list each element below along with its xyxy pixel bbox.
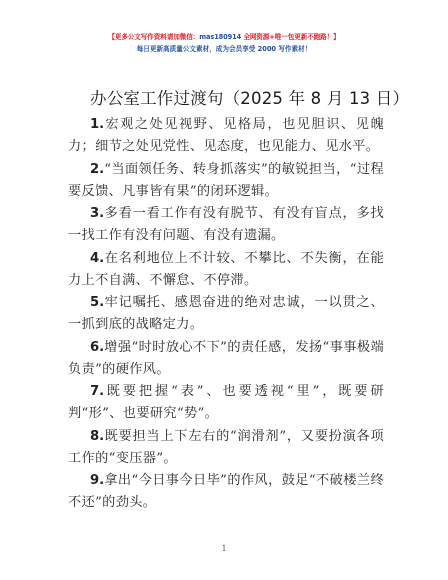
item-number: 2. — [90, 162, 104, 177]
promo-banner-wechat-id: mas180914 — [199, 33, 241, 41]
document-body: 1.宏观之处见视野、见格局，也见胆识、见魄力；细节之处见党性、见态度，也见能力、… — [68, 114, 384, 515]
promo-banner-suffix: 全网资源+唯一包更新不跑路！】 — [241, 33, 340, 41]
list-item: 4.在名利地位上不计较、不攀比、不失衡，在能力上不自满、不懈怠、不停滞。 — [68, 248, 384, 292]
item-text: 在名利地位上不计较、不攀比、不失衡，在能力上不自满、不懈怠、不停滞。 — [68, 251, 384, 288]
item-text: 既要把握“表”、也要透视“里”，既要研判“形”、也要研究“势”。 — [68, 384, 384, 421]
list-item: 5.牢记嘱托、感恩奋进的绝对忠诚，一以贯之、一抓到底的战略定力。 — [68, 292, 384, 336]
document-page: 【更多公文写作资料请加微信：mas180914 全网资源+唯一包更新不跑路！】 … — [0, 0, 448, 580]
list-item: 8.既要担当上下左右的“润滑剂”，又要扮演各项工作的“变压器”。 — [68, 426, 384, 470]
list-item: 3.多看一看工作有没有脱节、有没有盲点，多找一找工作有没有问题、有没有遗漏。 — [68, 203, 384, 247]
item-text: 拿出“今日事今日毕”的作风，鼓足“不破楼兰终不还”的劲头。 — [68, 473, 384, 510]
item-number: 8. — [90, 429, 104, 444]
promo-banner: 【更多公文写作资料请加微信：mas180914 全网资源+唯一包更新不跑路！】 … — [0, 31, 448, 55]
list-item: 1.宏观之处见视野、见格局，也见胆识、见魄力；细节之处见党性、见态度，也见能力、… — [68, 114, 384, 158]
promo-banner-prefix: 【更多公文写作资料请加微信： — [108, 33, 199, 41]
item-text: 既要担当上下左右的“润滑剂”，又要扮演各项工作的“变压器”。 — [68, 429, 384, 466]
promo-banner-line2: 每日更新高质量公文素材，成为会员享受 2000 写作素材！ — [0, 43, 448, 55]
page-number: 1 — [0, 544, 448, 553]
item-number: 5. — [90, 295, 104, 310]
item-number: 3. — [90, 206, 104, 221]
item-number: 9. — [90, 473, 104, 488]
item-number: 7. — [90, 384, 104, 399]
item-number: 4. — [90, 251, 104, 266]
promo-banner-line1: 【更多公文写作资料请加微信：mas180914 全网资源+唯一包更新不跑路！】 — [0, 31, 448, 43]
item-text: “当面领任务、转身抓落实”的敏锐担当，“过程要反馈、凡事皆有果”的闭环逻辑。 — [68, 162, 384, 199]
item-number: 6. — [90, 340, 104, 355]
list-item: 2.“当面领任务、转身抓落实”的敏锐担当，“过程要反馈、凡事皆有果”的闭环逻辑。 — [68, 159, 384, 203]
item-text: 宏观之处见视野、见格局，也见胆识、见魄力；细节之处见党性、见态度，也见能力、见水… — [68, 117, 384, 154]
item-text: 增强“时时放心不下”的责任感，发扬“事事极端负责”的硬作风。 — [68, 340, 384, 377]
item-text: 多看一看工作有没有脱节、有没有盲点，多找一找工作有没有问题、有没有遗漏。 — [68, 206, 384, 243]
item-number: 1. — [90, 117, 104, 132]
item-text: 牢记嘱托、感恩奋进的绝对忠诚，一以贯之、一抓到底的战略定力。 — [68, 295, 384, 332]
list-item: 7.既要把握“表”、也要透视“里”，既要研判“形”、也要研究“势”。 — [68, 381, 384, 425]
list-item: 6.增强“时时放心不下”的责任感，发扬“事事极端负责”的硬作风。 — [68, 337, 384, 381]
document-title: 办公室工作过渡句（2025 年 8 月 13 日） — [90, 85, 390, 109]
list-item: 9.拿出“今日事今日毕”的作风，鼓足“不破楼兰终不还”的劲头。 — [68, 470, 384, 514]
